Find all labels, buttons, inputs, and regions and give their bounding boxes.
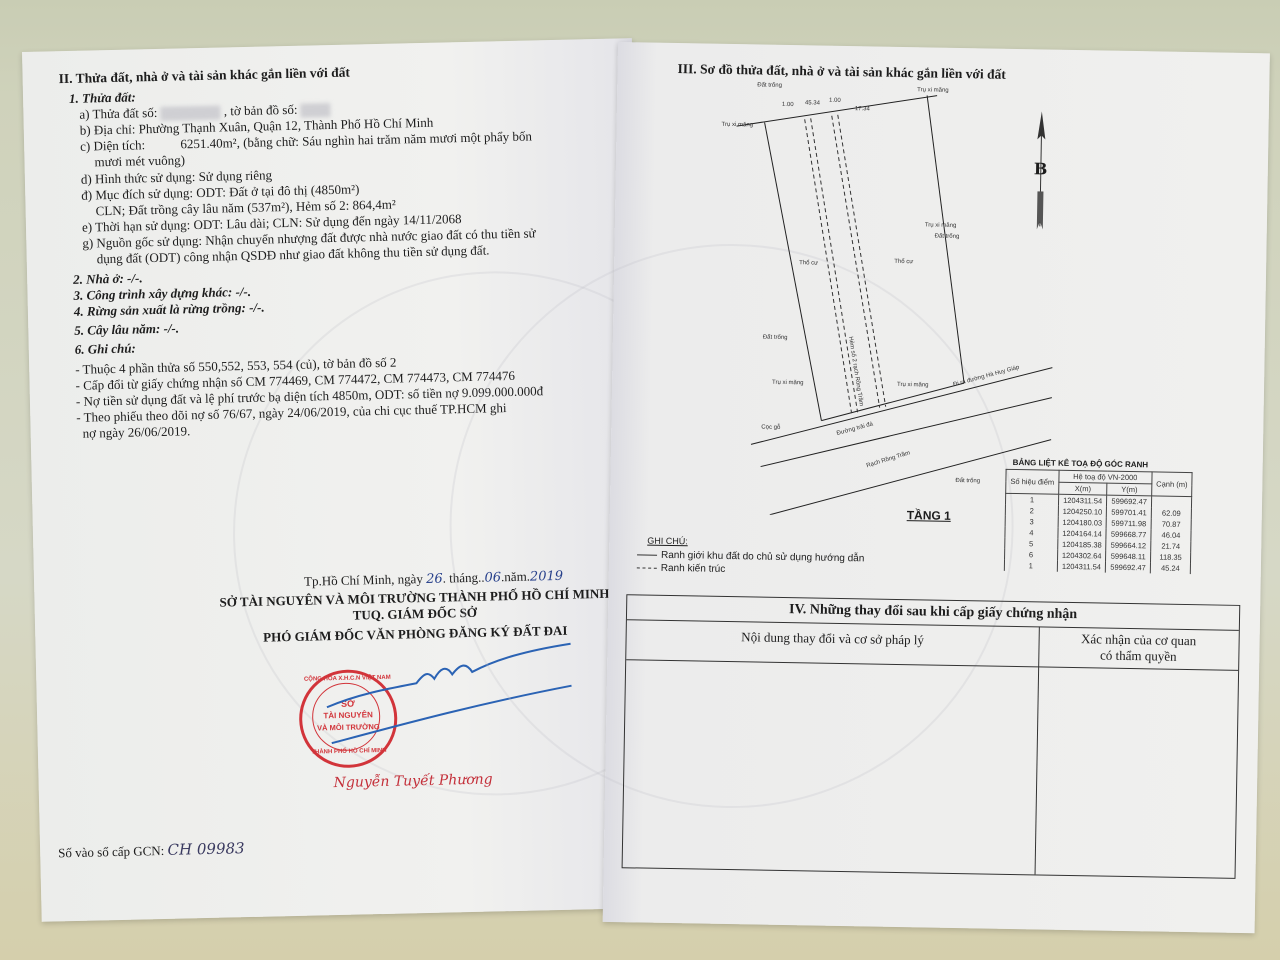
- dim-top-2: 45.34: [805, 100, 820, 106]
- label-empty-land-right: Đất trống: [935, 234, 960, 240]
- changes-col-content: Nội dung thay đổi và cơ sở pháp lý: [627, 627, 1039, 650]
- dim-top-4: 17.34: [855, 106, 870, 112]
- coord-point: 6: [1005, 549, 1058, 561]
- legend-dashed-text: Ranh kiến trúc: [661, 563, 726, 575]
- coord-y: 599648.11: [1106, 551, 1151, 563]
- coord-edge: 70.87: [1151, 518, 1191, 530]
- coord-row: 11204311.54599692.4745.24: [1004, 560, 1190, 574]
- coord-x: 1204250.10: [1058, 506, 1107, 518]
- label-concrete-post-1: Trụ xi măng: [917, 87, 949, 94]
- label-concrete-post-3: Trụ xi măng: [925, 222, 957, 229]
- coord-y: 599692.47: [1107, 495, 1152, 507]
- label-concrete-post-2: Trụ xi măng: [722, 122, 754, 129]
- note-5: nợ ngày 26/06/2019.: [82, 423, 190, 441]
- item-house: 2. Nhà ở: -/-.: [73, 270, 143, 288]
- coord-header-point: Số hiệu điểm: [1006, 469, 1059, 494]
- solid-line-icon: [637, 554, 657, 555]
- coord-header-y: Y(m): [1107, 483, 1152, 496]
- coord-header-x: X(m): [1058, 482, 1107, 495]
- redacted-map-sheet: [301, 103, 331, 118]
- north-letter: B: [1034, 161, 1048, 177]
- coord-y: 599701.41: [1107, 507, 1152, 519]
- label-residential-left: Thổ cư: [799, 260, 818, 266]
- coord-point: 5: [1005, 538, 1058, 550]
- dim-top-3: 1.00: [829, 98, 841, 104]
- changes-title: IV. Những thay đổi sau khi cấp giấy chứn…: [627, 599, 1239, 626]
- land-area-cont: mươi mét vuông): [94, 152, 185, 170]
- coord-edge: 62.09: [1151, 507, 1191, 519]
- date-prefix: Tp.Hồ Chí Minh, ngày: [304, 571, 423, 589]
- date-day: 26: [426, 572, 443, 587]
- item-notes-heading: 6. Ghi chú:: [75, 340, 136, 357]
- coord-point: 2: [1005, 505, 1058, 517]
- registry-value: CH 09983: [167, 839, 244, 859]
- land-heading: 1. Thửa đất:: [69, 89, 136, 107]
- registry-label: Số vào sổ cấp GCN:: [58, 843, 164, 860]
- registry-number: Số vào sổ cấp GCN: CH 09983: [58, 840, 245, 861]
- coord-y: 599711.98: [1106, 518, 1151, 530]
- area-label: c) Diện tích:: [80, 137, 145, 153]
- redacted-parcel-number: [160, 106, 220, 121]
- section-ii-title: II. Thửa đất, nhà ở và tài sản khác gắn …: [58, 65, 350, 88]
- coord-edge: [1151, 496, 1191, 508]
- item-forest: 4. Rừng sản xuất là rừng trồng: -/-.: [74, 300, 265, 320]
- coord-table: Số hiệu điểm Hệ toạ độ VN-2000 Cạnh (m) …: [1004, 469, 1193, 574]
- coord-x: 1204302.64: [1057, 550, 1106, 562]
- coord-point: 1: [1005, 493, 1058, 505]
- coord-point: 4: [1005, 527, 1058, 539]
- changes-table: IV. Những thay đổi sau khi cấp giấy chứn…: [622, 594, 1241, 879]
- coord-edge: 46.04: [1151, 529, 1191, 541]
- item-perennial: 5. Cây lâu năm: -/-.: [74, 321, 179, 339]
- coord-y: 599664.12: [1106, 540, 1151, 552]
- coord-point: 1: [1004, 560, 1057, 572]
- dim-top-1: 1.00: [782, 102, 794, 108]
- label-empty-land-left: Đất trống: [763, 335, 788, 341]
- coord-edge: 45.24: [1150, 562, 1190, 574]
- coord-header-edge: Cạnh (m): [1152, 472, 1193, 497]
- label-wooden-stake: Cọc gỗ: [761, 425, 780, 431]
- parcel-diagram: [700, 74, 1068, 520]
- map-sheet-label: , tờ bản đồ số:: [224, 102, 298, 119]
- label-empty-land-top: Đất trống: [757, 82, 782, 88]
- coord-y: 599692.47: [1106, 562, 1151, 574]
- dashed-line-icon: [637, 567, 657, 568]
- coord-x: 1204311.54: [1057, 561, 1106, 573]
- label-residential-right: Thổ cư: [894, 259, 913, 265]
- coord-x: 1204164.14: [1058, 528, 1107, 540]
- right-page: III. Sơ đồ thửa đất, nhà ở và tài sản kh…: [603, 42, 1270, 933]
- coord-x: 1204185.38: [1057, 539, 1106, 551]
- legend-dashed: Ranh kiến trúc: [637, 560, 726, 578]
- changes-col-confirm-2: có thẩm quyền: [1038, 646, 1238, 665]
- coord-edge: 118.35: [1150, 551, 1190, 563]
- coord-edge: 21.74: [1151, 540, 1191, 552]
- label-empty-land-bottom: Đất trống: [955, 478, 980, 484]
- label-concrete-post-4: Trụ xi măng: [772, 380, 804, 387]
- floor-label: TẦNG 1: [907, 507, 951, 524]
- coord-point: 3: [1005, 516, 1058, 528]
- coord-x: 1204311.54: [1058, 494, 1107, 506]
- coord-y: 599668.77: [1106, 529, 1151, 541]
- coord-x: 1204180.03: [1058, 517, 1107, 529]
- parcel-number-label: a) Thửa đất số:: [79, 105, 157, 122]
- label-concrete-post-5: Trụ xi măng: [897, 382, 929, 389]
